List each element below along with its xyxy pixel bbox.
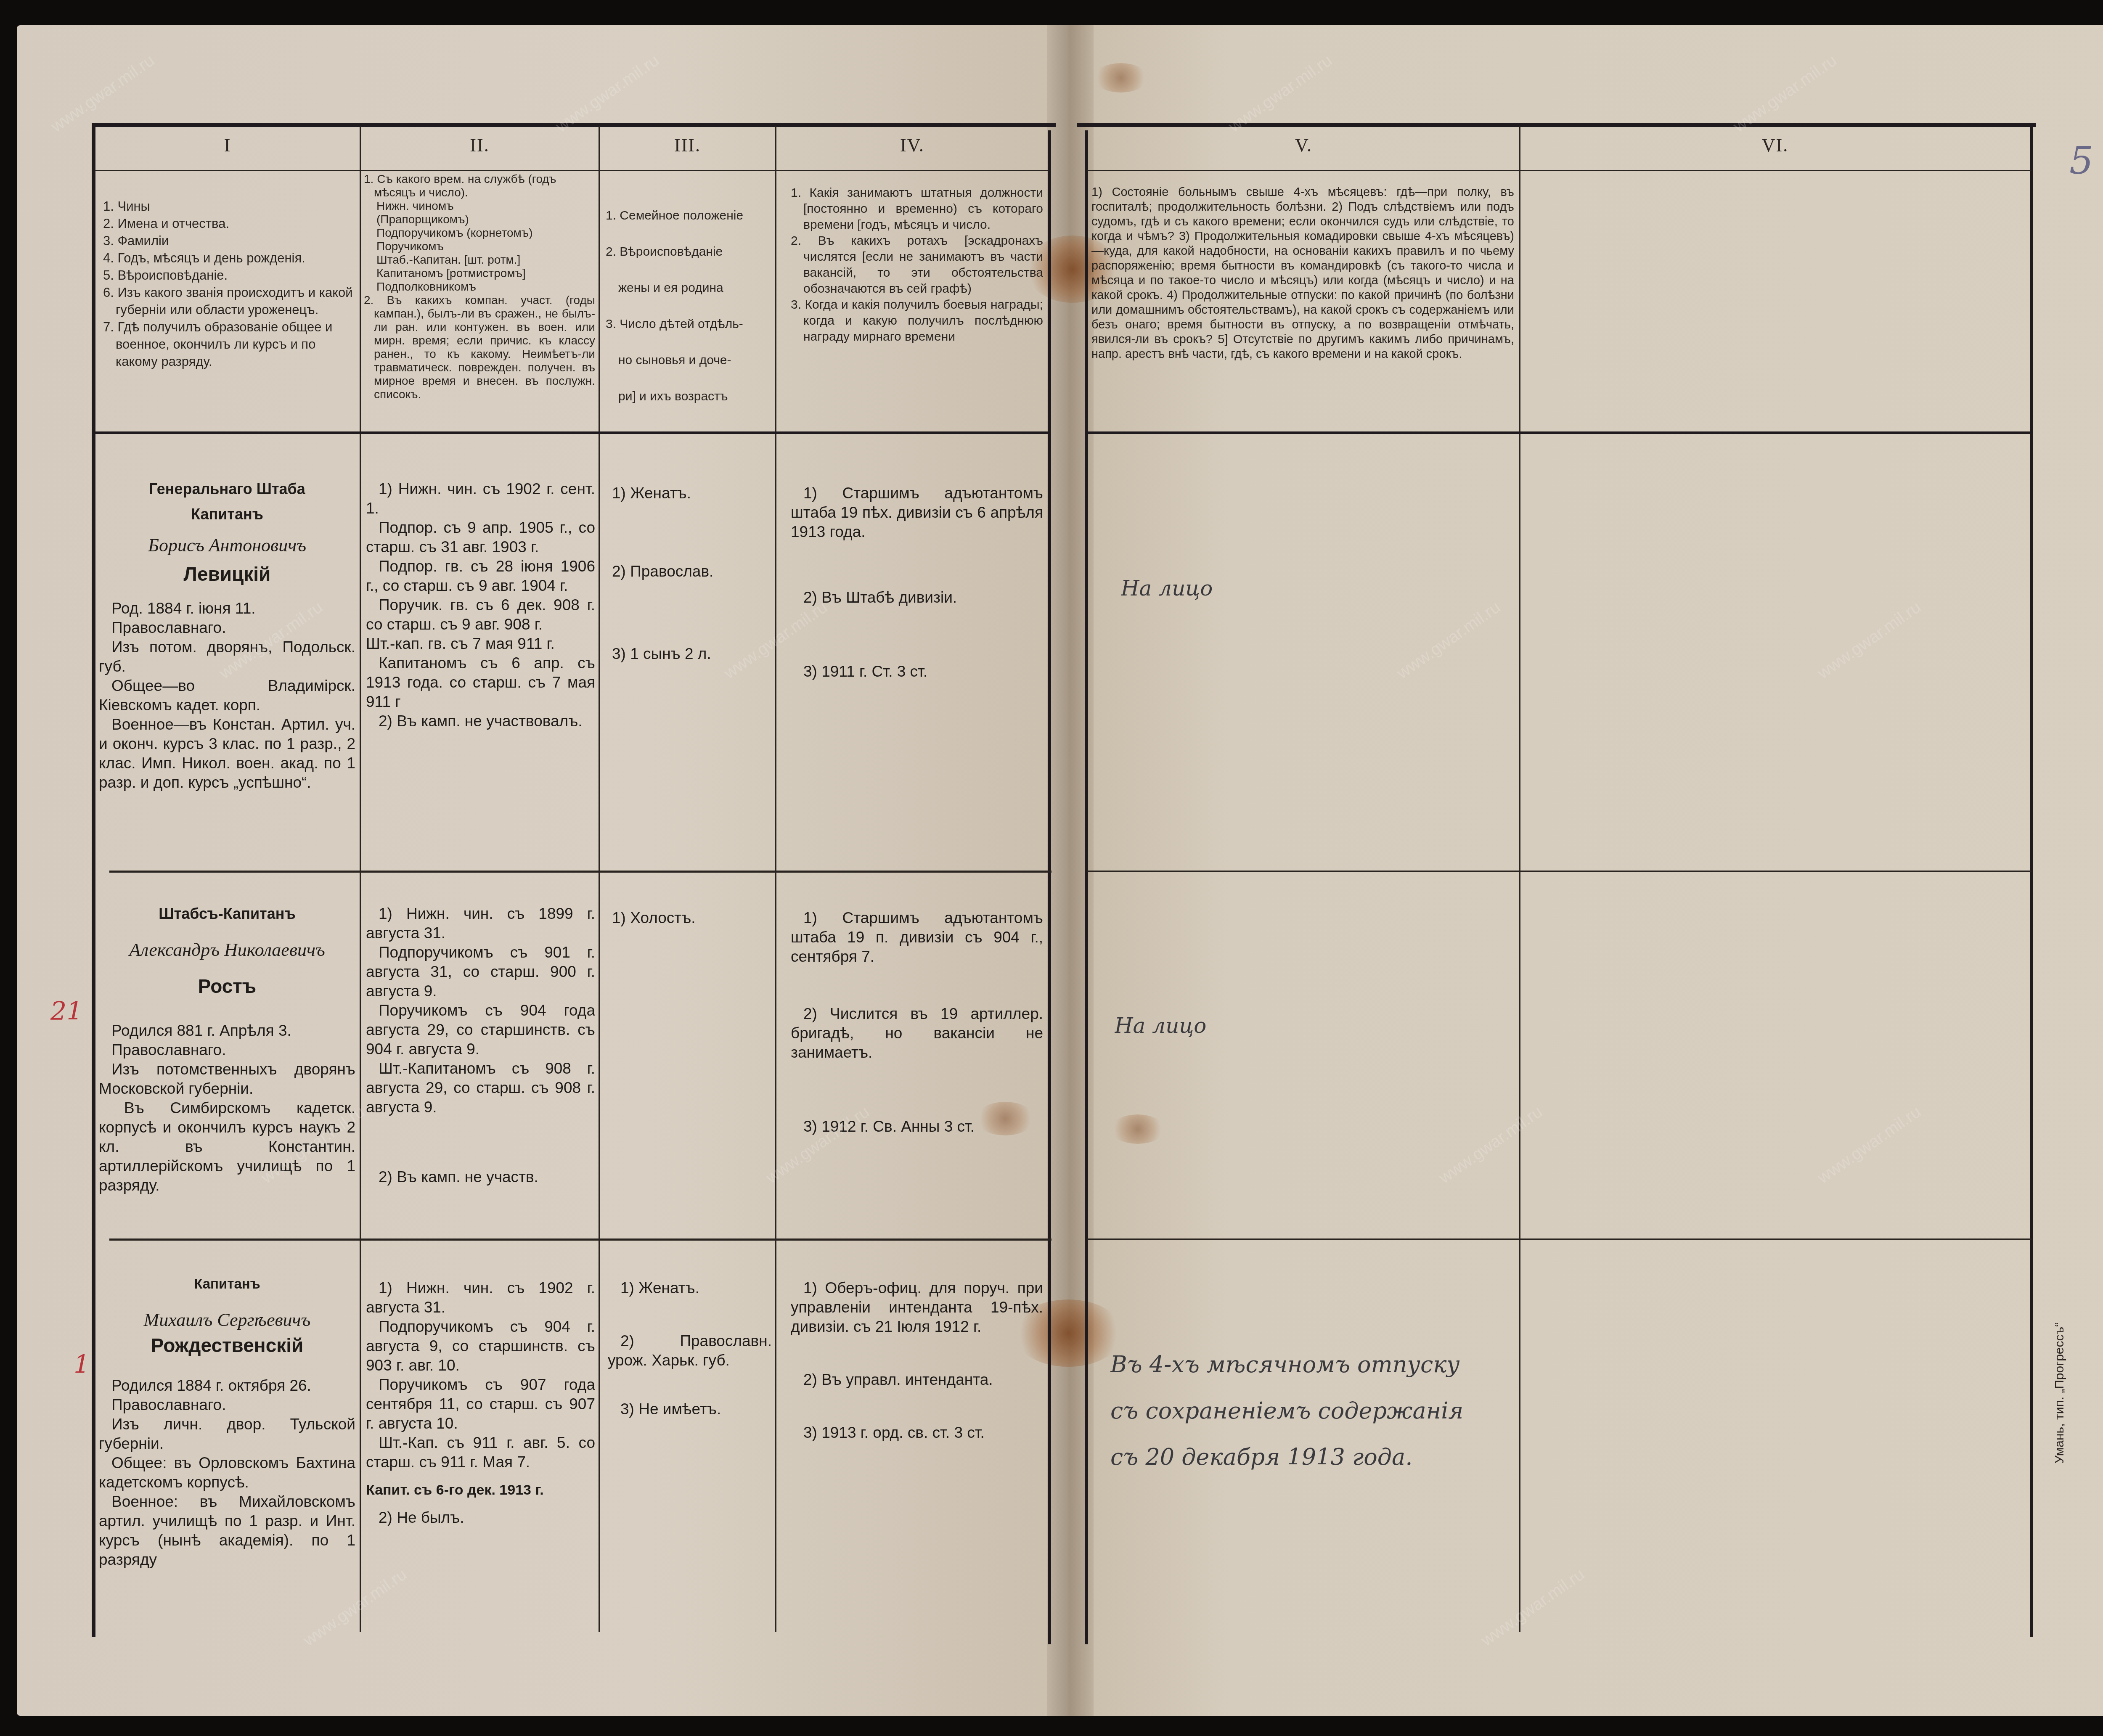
desc-item: 3. Когда и какiя получилъ боевыя награды… — [791, 297, 1043, 345]
desc-item: Нижн. чиномъ — [364, 199, 595, 213]
family-line: 2) Православн. урож. Харьк. губ. — [608, 1331, 772, 1370]
col-divider — [775, 126, 776, 1632]
desc-item: 2. Имена и отчества. — [103, 215, 355, 232]
officer-2-col2: 1) Нижн. чин. съ 1899 г. августа 31. Под… — [366, 904, 595, 1187]
service-line: Поручик. гв. съ 6 дек. 908 г. со старш. … — [366, 595, 595, 634]
rank-line: Капитанъ — [99, 1274, 355, 1294]
service-line: 2) Въ камп. не участв. — [366, 1167, 595, 1187]
rank-line: Капитанъ — [99, 505, 355, 524]
desc-item: 1. Чины — [103, 198, 355, 215]
desc-item: 5. Вѣроисповѣданiе. — [103, 267, 355, 284]
desc-item: 4. Годъ, мѣсяцъ и день рожденiя. — [103, 249, 355, 267]
officer-1-col3: 1) Женатъ. 2) Православ. 3) 1 сынъ 2 л. — [612, 484, 772, 664]
position-line: 3) 1913 г. орд. св. ст. 3 ст. — [791, 1423, 1043, 1442]
printer-imprint: Умань, тип. „Прогрессъ“ — [2053, 1323, 2067, 1463]
desc-item: 2. Въ какихъ ротахъ [эскадронахъ числятс… — [791, 233, 1043, 297]
desc-item: 2. Въ какихъ компан. участ. (годы кампан… — [364, 294, 595, 401]
column-header-2: II. — [361, 135, 599, 156]
service-line: Подпор. съ 9 апр. 1905 г., со старш. съ … — [366, 518, 595, 557]
service-line: Подпоручикомъ съ 904 г. августа 9, со ст… — [366, 1317, 595, 1375]
col-divider — [1519, 126, 1520, 1632]
spine-rule-right — [1085, 130, 1088, 1644]
family-line: 1) Женатъ. — [608, 1278, 772, 1298]
desc-item: ри] и ихъ возрастъ — [606, 378, 774, 415]
detail: Родился 1884 г. октября 26. — [99, 1376, 355, 1395]
family-line: 1) Женатъ. — [612, 484, 772, 503]
surname: Рождественскiй — [99, 1336, 355, 1355]
service-line: Поручикомъ съ 904 года августа 29, со ст… — [366, 1001, 595, 1059]
service-line: Шт.-Капитаномъ съ 908 г. августа 29, со … — [366, 1059, 595, 1117]
desc-item: 3. Фамилiи — [103, 232, 355, 249]
column-header-3: III. — [600, 135, 775, 156]
officer-3-col1: Капитанъ Михаилъ Сергѣевичъ Рождественск… — [99, 1274, 355, 1569]
given-names: Борисъ Антоновичъ — [99, 536, 355, 555]
row-divider — [95, 431, 1049, 434]
row-divider — [1087, 1238, 2031, 1240]
position-line: 1) Старшимъ адъютантомъ штаба 19 п. диви… — [791, 908, 1043, 966]
stain — [1094, 63, 1148, 93]
family-line: 3) 1 сынъ 2 л. — [612, 644, 772, 664]
column-header-5: V. — [1088, 135, 1519, 156]
position-line: 1) Старшимъ адъютантомъ штаба 19 пѣх. ди… — [791, 484, 1043, 542]
row-divider — [109, 871, 1051, 873]
desc-item: 1. Семейное положенiе — [606, 198, 774, 234]
position-line: 1) Оберъ-офиц. для поруч. при управленiи… — [791, 1278, 1043, 1336]
table-top-border — [1077, 123, 2036, 127]
officer-2-col3: 1) Холостъ. — [612, 908, 772, 928]
desc-item: Капитаномъ [ротмистромъ] — [364, 267, 595, 280]
officer-2-col1: Штабсъ-Капитанъ Александръ Николаевичъ Р… — [99, 904, 355, 1195]
desc-item: 2. Вѣроисповѣданiе — [606, 234, 774, 270]
officer-1-status-note: На лицо — [1121, 576, 1331, 601]
officer-2-status-note: На лицо — [1115, 1014, 1325, 1038]
column-description-5: 1) Состоянiе больнымъ свыше 4-хъ мѣсяцев… — [1091, 185, 1514, 362]
table-left-border — [92, 123, 95, 1637]
service-line: Подпор. гв. съ 28 iюня 1906 г., со старш… — [366, 557, 595, 595]
officer-2-col4: 1) Старшимъ адъютантомъ штаба 19 п. диви… — [791, 908, 1043, 1136]
detail: Военное—въ Констан. Артил. уч. и оконч. … — [99, 715, 355, 792]
table-right-border — [2030, 123, 2033, 1637]
desc-item: 1. Съ какого врем. на службѣ (годъ мѣсяц… — [364, 172, 595, 199]
desc-item: 7. Гдѣ получилъ образованiе общее и воен… — [103, 318, 355, 370]
officer-3-col2: 1) Нижн. чин. съ 1902 г. августа 31. Под… — [366, 1278, 595, 1527]
stain — [1110, 1114, 1165, 1144]
position-line: 2) Въ управл. интенданта. — [791, 1370, 1043, 1389]
detail: Родился 881 г. Апрѣля 3. — [99, 1021, 355, 1040]
column-description-1: 1. Чины 2. Имена и отчества. 3. Фамилiи … — [103, 198, 355, 370]
service-line: 1) Нижн. чин. съ 1902 г. августа 31. — [366, 1278, 595, 1317]
desc-item: Подпоручикомъ (корнетомъ) — [364, 226, 595, 240]
margin-mark-red: 1 — [74, 1350, 90, 1379]
officer-1-col4: 1) Старшимъ адъютантомъ штаба 19 пѣх. ди… — [791, 484, 1043, 681]
row-divider — [109, 1238, 1051, 1241]
service-line: 2) Въ камп. не участвовалъ. — [366, 712, 595, 731]
service-line: Шт.-Кап. съ 911 г. авг. 5. со старш. съ … — [366, 1433, 595, 1472]
desc-item: (Прапорщикомъ) — [364, 213, 595, 226]
header-divider — [95, 170, 1049, 171]
detail: Общее: въ Орловскомъ Бахтина кадетскомъ … — [99, 1453, 355, 1492]
position-line: 3) 1912 г. Св. Анны 3 ст. — [791, 1117, 1043, 1136]
detail: Военное: въ Михайловскомъ артил. училищѣ… — [99, 1492, 355, 1569]
desc-item: Поручикомъ — [364, 240, 595, 253]
surname: Ростъ — [99, 977, 355, 996]
family-line: 1) Холостъ. — [612, 908, 772, 928]
column-description-3: 1. Семейное положенiе 2. Вѣроисповѣданiе… — [606, 198, 774, 415]
col-divider — [360, 126, 361, 1632]
row-divider — [1087, 431, 2031, 434]
service-line: 1) Нижн. чин. съ 1902 г. сент. 1. — [366, 479, 595, 518]
note-line: съ сохраненiемъ содержанiя — [1110, 1388, 1514, 1434]
officer-3-leave-note: Въ 4-хъ мѣсячномъ отпуску съ сохраненiем… — [1110, 1342, 1514, 1480]
column-description-4: 1. Какiя занимаютъ штатныя должности [по… — [791, 185, 1043, 345]
desc-item: жены и ея родина — [606, 270, 774, 306]
detail: Изъ личн. двор. Тульской губернiи. — [99, 1415, 355, 1453]
service-line: Капитаномъ съ 6 апр. съ 1913 года. со ст… — [366, 654, 595, 712]
service-line: Шт.-кап. гв. съ 7 мая 911 г. — [366, 634, 595, 654]
detail: Православнаго. — [99, 1395, 355, 1415]
given-names: Михаилъ Сергѣевичъ — [99, 1310, 355, 1330]
detail: Въ Симбирскомъ кадетск. корпусѣ и окончи… — [99, 1098, 355, 1195]
rank-line: Штабсъ-Капитанъ — [99, 904, 355, 924]
detail: Род. 1884 г. iюня 11. — [99, 599, 355, 618]
header-divider — [1087, 170, 2031, 171]
family-line: 3) Не имѣетъ. — [608, 1400, 772, 1419]
family-line: 2) Православ. — [612, 562, 772, 581]
column-header-6: VI. — [1520, 135, 2030, 156]
detail: Общее—во Владимiрск. Кiевскомъ кадет. ко… — [99, 676, 355, 715]
detail: Православнаго. — [99, 1040, 355, 1060]
officer-3-col3: 1) Женатъ. 2) Православн. урож. Харьк. г… — [608, 1278, 772, 1419]
column-header-1: I — [95, 135, 360, 156]
officer-1-col2: 1) Нижн. чин. съ 1902 г. сент. 1. Подпор… — [366, 479, 595, 731]
detail: Изъ потом. дворянъ, Подольск. губ. — [99, 638, 355, 676]
position-line: 2) Числится въ 19 артиллер. бригадѣ, но … — [791, 1004, 1043, 1062]
given-names: Александръ Николаевичъ — [99, 940, 355, 960]
desc-item: Штаб.-Капитан. [шт. ротм.] — [364, 253, 595, 267]
service-line: Подпоручикомъ съ 901 г. августа 31, со с… — [366, 943, 595, 1001]
desc-item: 1. Какiя занимаютъ штатныя должности [по… — [791, 185, 1043, 233]
col-divider — [599, 126, 600, 1632]
table-top-border — [93, 123, 1056, 127]
position-line: 2) Въ Штабѣ дивизiи. — [791, 588, 1043, 607]
rank-line: Генеральнаго Штаба — [99, 479, 355, 499]
officer-1-col1: Генеральнаго Штаба Капитанъ Борисъ Антон… — [99, 479, 355, 792]
desc-text: 1) Состоянiе больнымъ свыше 4-хъ мѣсяцев… — [1091, 185, 1514, 362]
column-header-4: IV. — [776, 135, 1048, 156]
row-divider — [1087, 871, 2031, 872]
service-line: Поручикомъ съ 907 года сентября 11, со с… — [366, 1375, 595, 1433]
service-line: 2) Не былъ. — [366, 1508, 595, 1527]
surname: Левицкiй — [99, 564, 355, 584]
page-number: 5 — [2069, 139, 2093, 183]
column-description-2: 1. Съ какого врем. на службѣ (годъ мѣсяц… — [364, 172, 595, 401]
desc-item: но сыновья и доче- — [606, 342, 774, 378]
note-line: съ 20 декабря 1913 года. — [1110, 1434, 1514, 1480]
desc-item: 6. Изъ какого званiя происходитъ и какой… — [103, 284, 355, 318]
officer-3-col4: 1) Оберъ-офиц. для поруч. при управленiи… — [791, 1278, 1043, 1442]
margin-mark-red: 21 — [50, 997, 82, 1026]
service-line: 1) Нижн. чин. съ 1899 г. августа 31. — [366, 904, 595, 943]
note-line: Въ 4-хъ мѣсячномъ отпуску — [1110, 1342, 1514, 1388]
detail: Православнаго. — [99, 618, 355, 638]
desc-item: 3. Число дѣтей отдѣль- — [606, 306, 774, 342]
service-line: Капит. съ 6-го дек. 1913 г. — [366, 1480, 595, 1500]
spine-rule-left — [1048, 130, 1051, 1644]
position-line: 3) 1911 г. Ст. 3 ст. — [791, 662, 1043, 681]
detail: Изъ потомственныхъ дворянъ Московской гу… — [99, 1060, 355, 1098]
desc-item: Подполковникомъ — [364, 280, 595, 294]
